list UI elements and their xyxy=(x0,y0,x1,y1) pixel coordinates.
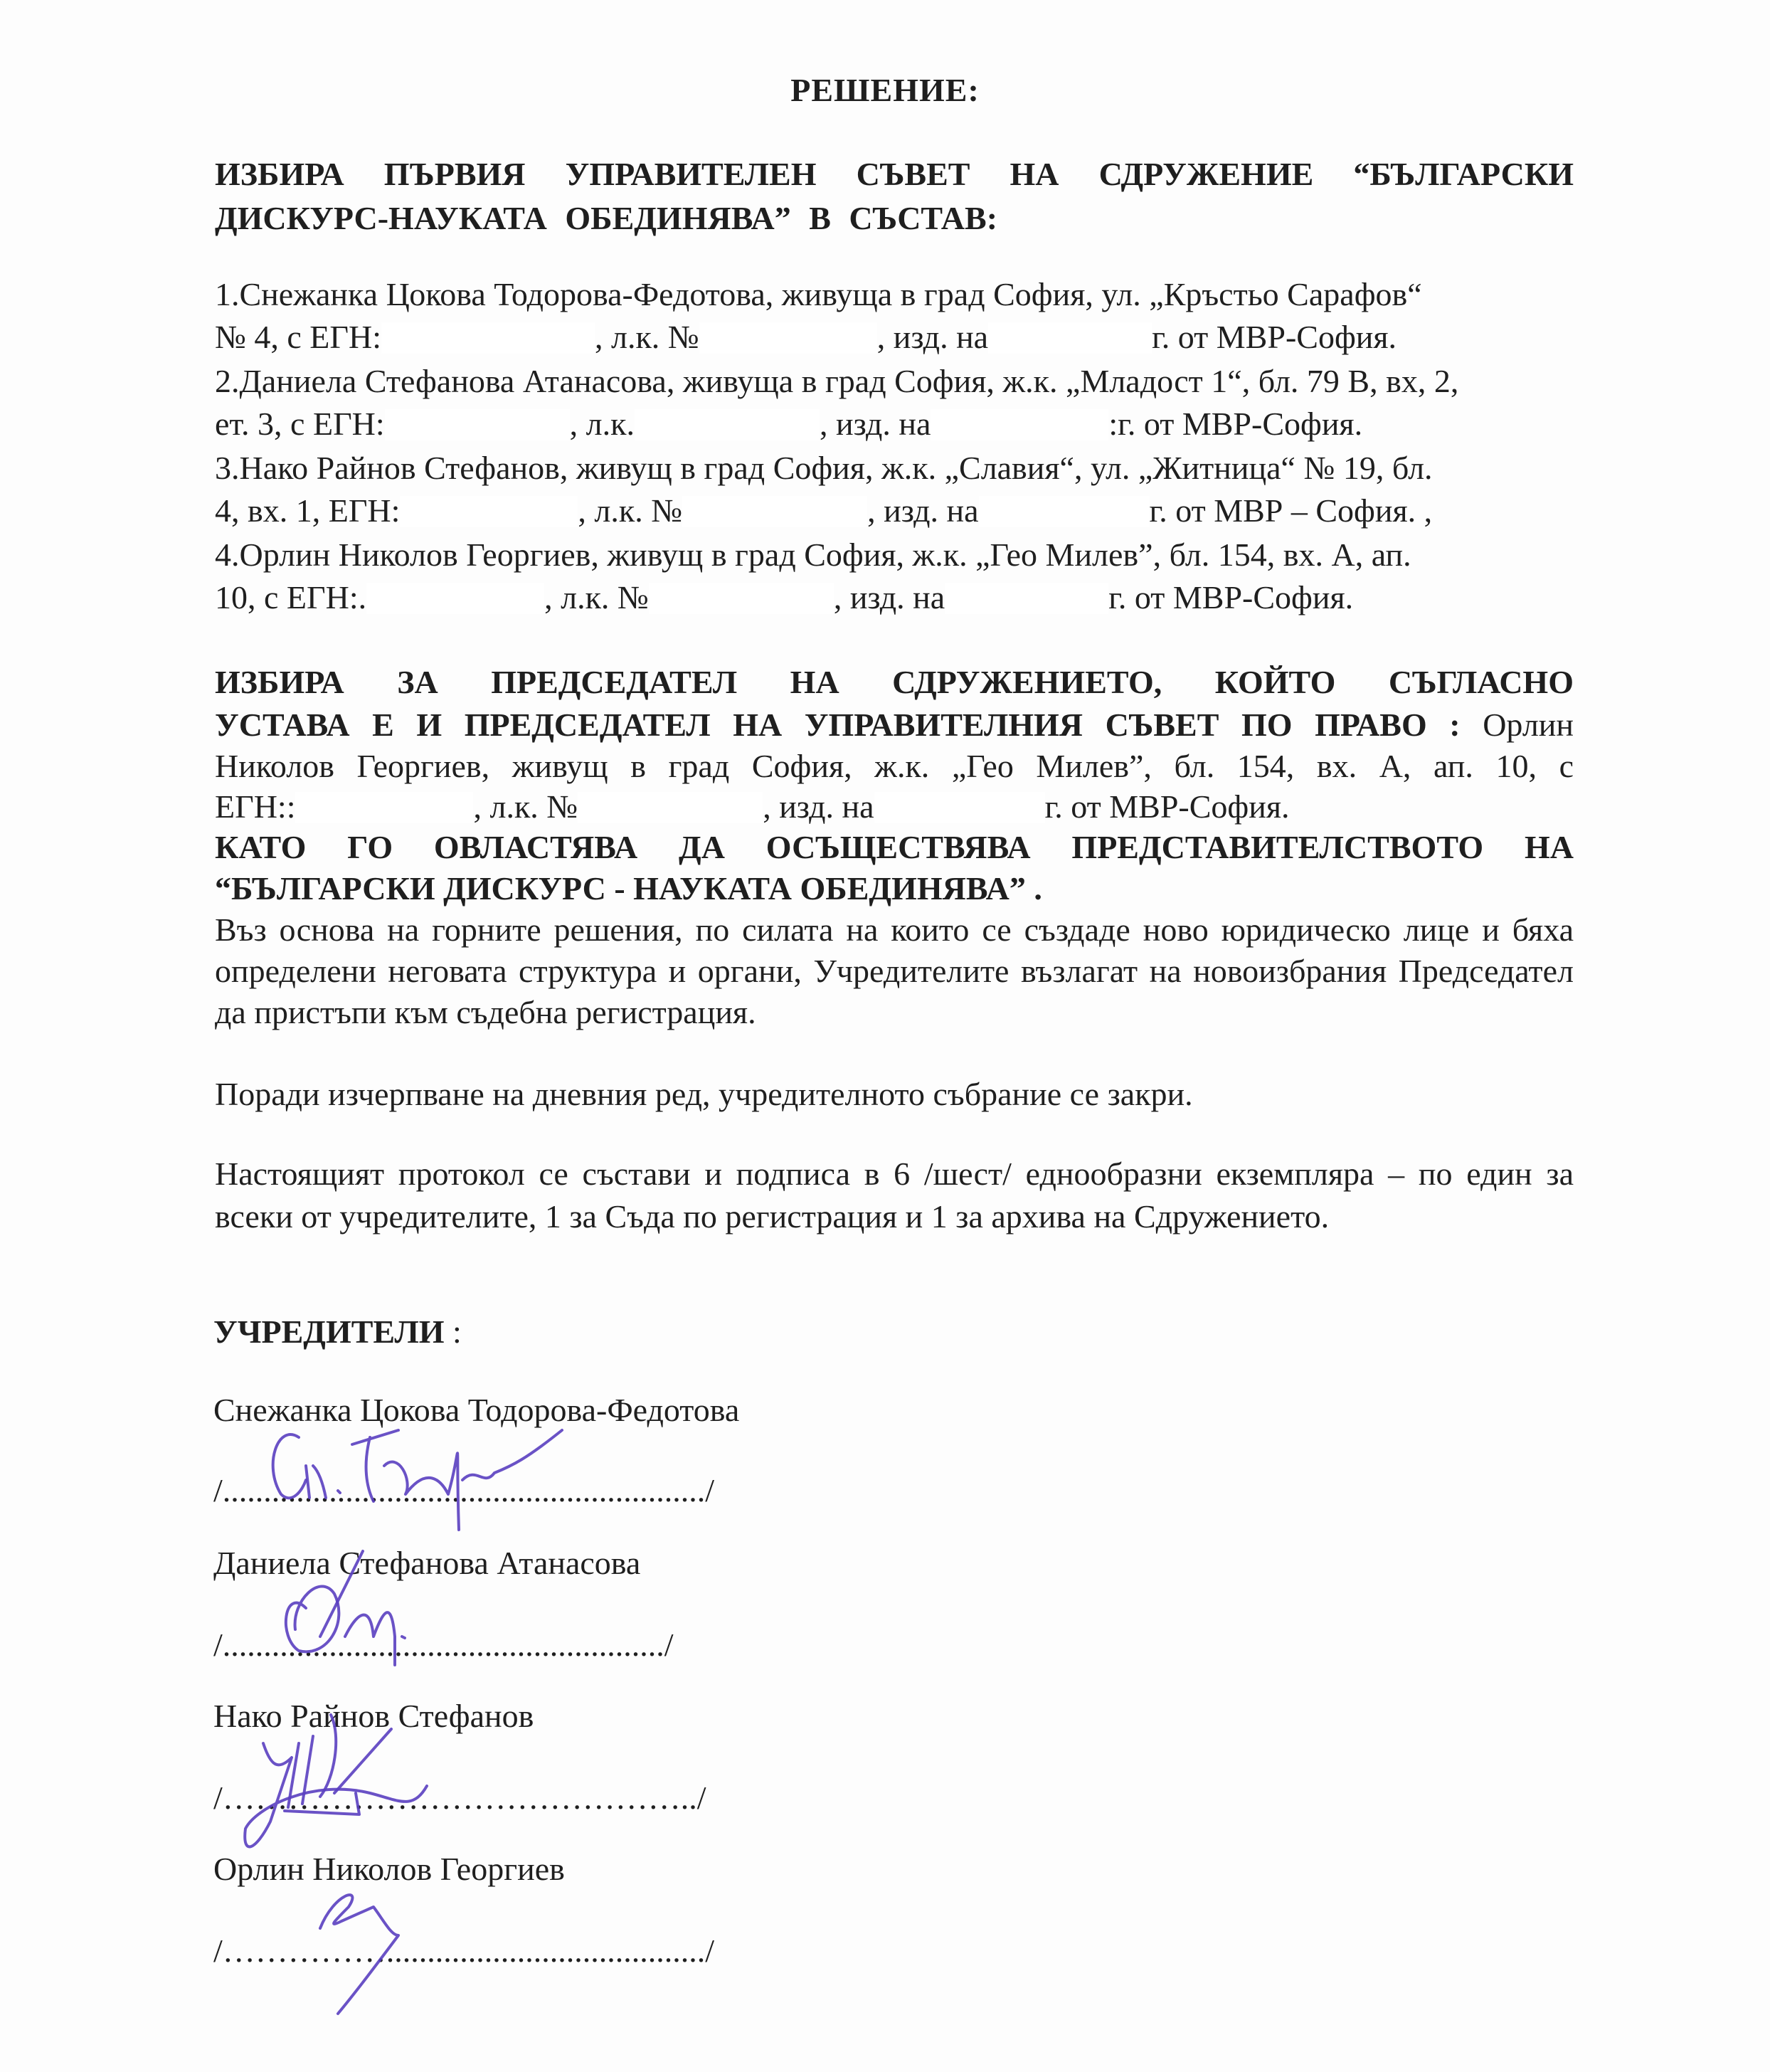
handwritten-signature-icon xyxy=(213,0,1067,2072)
signatures-section: УЧРЕДИТЕЛИ : Снежанка Цокова Тодорова-Фе… xyxy=(213,0,1636,2072)
document-page: РЕШЕНИЕ: ИЗБИРА ПЪРВИЯ УПРАВИТЕЛЕН СЪВЕТ… xyxy=(0,0,1770,2072)
